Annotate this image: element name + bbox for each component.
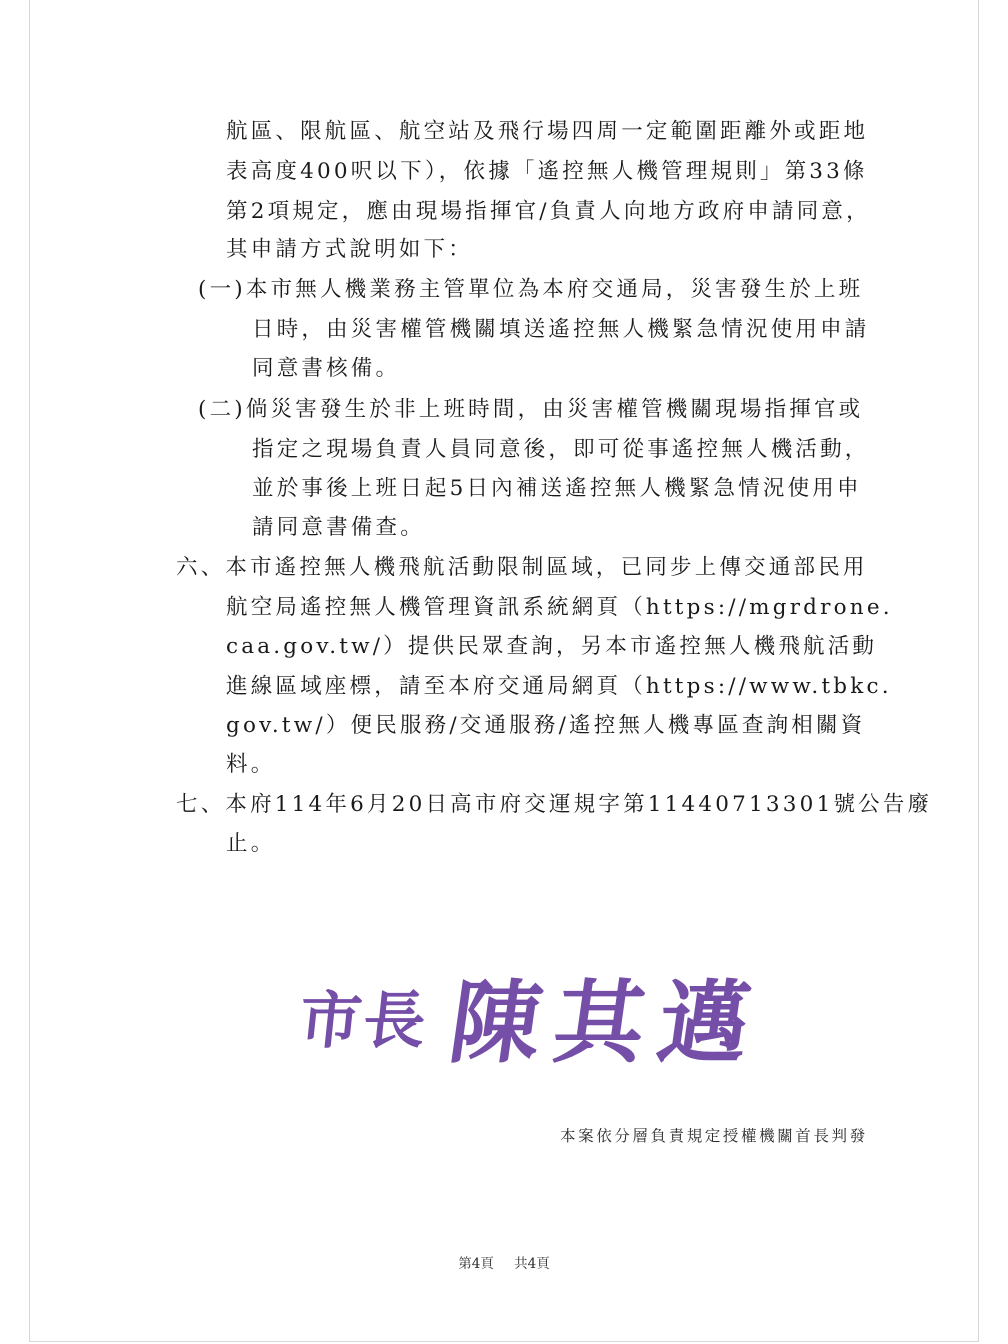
text-line: (二)倘災害發生於非上班時間，由災害權管機關現場指揮官或: [198, 390, 863, 430]
text-line: 料。: [226, 745, 275, 785]
text-line: 航區、限航區、航空站及飛行場四周一定範圍距離外或距地: [226, 112, 868, 152]
text-line: 航空局遙控無人機管理資訊系統網頁（https://mgrdrone.: [226, 588, 893, 628]
mayor-signature-stamp: 市長 陳其邁: [300, 955, 830, 1075]
signature-name: 陳其邁: [443, 950, 773, 1080]
text-line: 日時，由災害權管機關填送遙控無人機緊急情況使用申請: [252, 310, 870, 350]
text-line: gov.tw/）便民服務/交通服務/遙控無人機專區查詢相關資: [226, 706, 865, 746]
text-line: 六、本市遙控無人機飛航活動限制區域，已同步上傳交通部民用: [176, 548, 868, 588]
text-line: 並於事後上班日起5日內補送遙控無人機緊急情況使用申: [252, 469, 862, 509]
text-line: 請同意書備查。: [252, 508, 425, 548]
text-line: (一)本市無人機業務主管單位為本府交通局，災害發生於上班: [198, 270, 863, 310]
text-line: 進線區域座標，請至本府交通局網頁（https://www.tbkc.: [226, 667, 892, 707]
page-footer: 第4頁 共4頁: [0, 1252, 1008, 1272]
authorization-note: 本案依分層負責規定授權機關首長判發: [560, 1124, 868, 1146]
text-line: caa.gov.tw/）提供民眾查詢，另本市遙控無人機飛航活動: [226, 627, 877, 667]
text-line: 同意書核備。: [252, 349, 400, 389]
page-current: 第4頁: [458, 1256, 494, 1272]
page-total: 共4頁: [514, 1256, 550, 1272]
text-line: 表高度400呎以下），依據「遙控無人機管理規則」第33條: [226, 152, 868, 192]
signature-title: 市長: [295, 971, 432, 1060]
text-line: 指定之現場負責人員同意後，即可從事遙控無人機活動，: [252, 430, 870, 470]
text-line: 止。: [226, 824, 275, 864]
text-line: 七、本府114年6月20日高市府交運規字第11440713301號公告廢: [176, 785, 932, 825]
text-line: 其申請方式說明如下：: [226, 230, 473, 270]
text-line: 第2項規定，應由現場指揮官/負責人向地方政府申請同意，: [226, 192, 871, 232]
